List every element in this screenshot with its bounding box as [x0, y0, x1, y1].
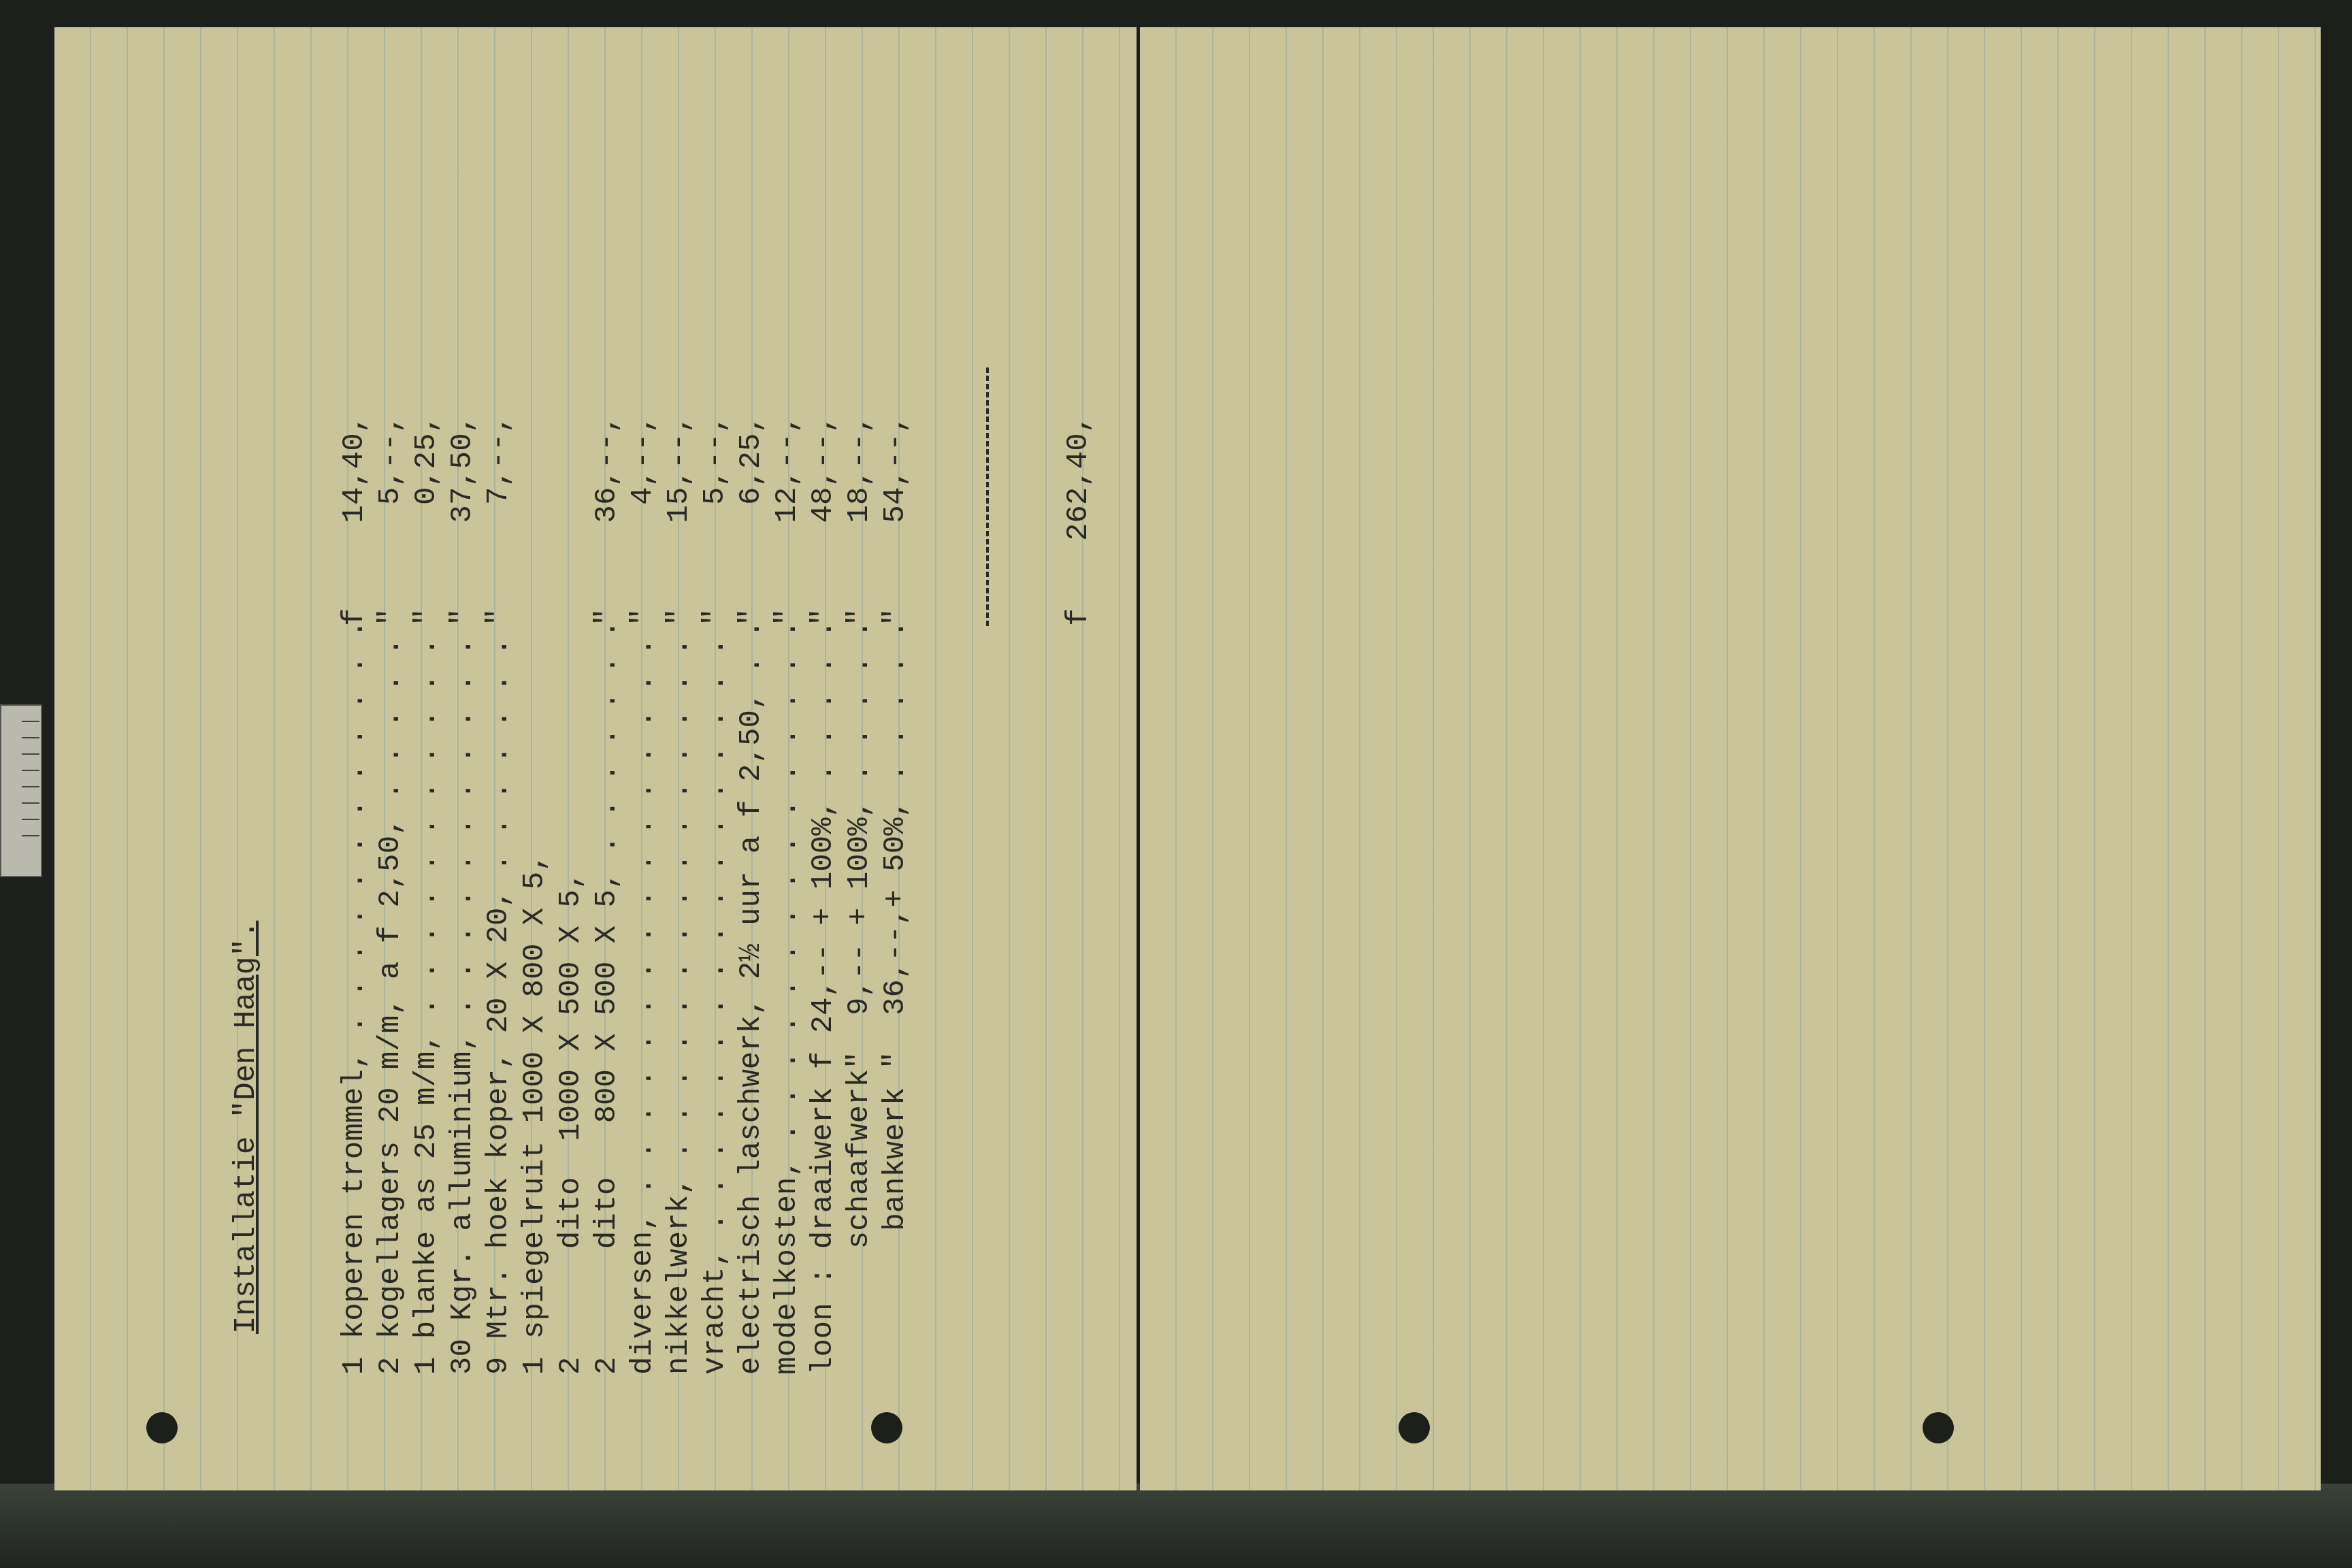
- page-2-content: Kosten der vorige installatie : materiaa…: [2290, 82, 2352, 1375]
- line-item: 2 dito 1000 X 500 X 5,: [553, 82, 589, 1375]
- line-item: 1 koperen trommel, . . . . . . . . . . .…: [337, 82, 373, 1375]
- line-item: diversen, . . . . . . . . . . . . . . . …: [625, 82, 661, 1375]
- line-item: 1 blanke as 25 m/m, . . . . . . . . . . …: [409, 82, 445, 1375]
- page-title: Installatie "Den Haag".: [229, 921, 265, 1334]
- line-item: modelkosten, . . . . . . . . . . . . . .…: [770, 82, 806, 1375]
- punch-hole: [146, 1412, 178, 1443]
- document-page-2: Kosten der vorige installatie : materiaa…: [1140, 27, 2321, 1490]
- punch-hole: [1399, 1412, 1430, 1443]
- glass-edge: [0, 1484, 2352, 1568]
- line-item: loon : draaiwerk f 24,-- + 100%, . . . .…: [806, 82, 842, 1375]
- punch-hole: [871, 1412, 902, 1443]
- line-item: vracht, . . . . . . . . . . . . . . . . …: [698, 82, 734, 1375]
- total-row: f262,40,: [1061, 82, 1097, 1375]
- line-item: 2 dito 800 X 500 X 5, . . . . . . . . . …: [589, 82, 625, 1375]
- line-item: electrisch laschwerk, 2½ uur a f 2,50, .…: [734, 82, 770, 1375]
- line-item: nikkelwerk, . . . . . . . . . . . . . . …: [661, 82, 698, 1375]
- line-item: schaafwerk" 9,-- + 100%, . . . . . . . .…: [842, 82, 878, 1375]
- line-item: 1 spiegelruit 1000 X 800 X 5,: [517, 82, 553, 1375]
- line-item: 30 Kgr. alluminium, . . . . . . . . . . …: [445, 82, 481, 1375]
- punch-hole: [1923, 1412, 1954, 1443]
- line-item: 9 Mtr. hoek koper, 20 X 20, . . . . . . …: [481, 82, 517, 1375]
- measuring-ruler: [0, 704, 42, 877]
- sum-rule: [986, 367, 989, 626]
- line-item: bankwerk " 36,--,+ 50%, . . . . . . . . …: [878, 82, 914, 1375]
- line-item: 2 kogellagers 20 m/m, a f 2,50, . . . . …: [373, 82, 409, 1375]
- document-page-1: Installatie "Den Haag". 1 koperen tromme…: [54, 27, 1137, 1490]
